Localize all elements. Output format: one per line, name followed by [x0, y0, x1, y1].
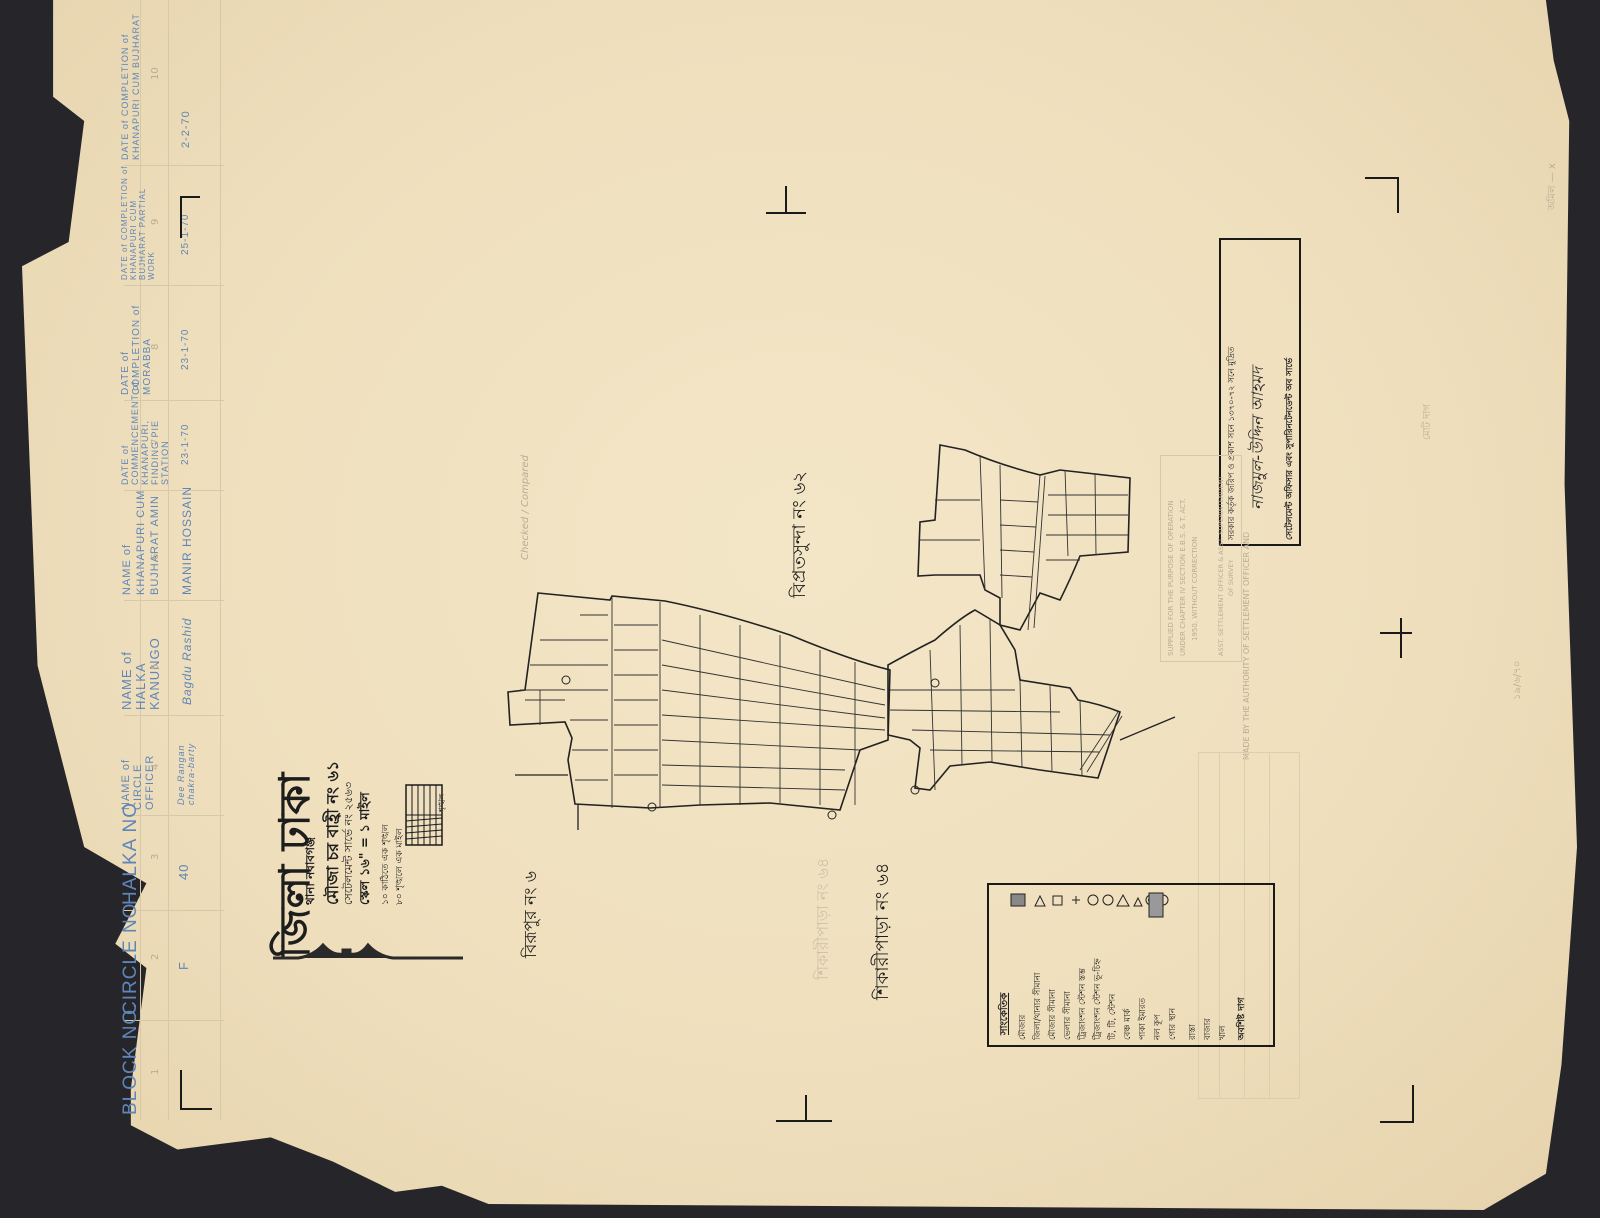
- pencil-note-1: অমিল — x: [1545, 163, 1562, 210]
- legend-item: টি, টি, স্টেশন: [1106, 994, 1120, 1040]
- stamp-footer: MADE BY THE AUTHORITY OF SETTLEMENT OFFI…: [1242, 532, 1251, 760]
- legend-item: অবশিষ্ট দাগ: [1234, 998, 1249, 1040]
- certification-signature: নাজমুল-উদ্দিন আহমদ: [1245, 367, 1272, 510]
- certification-line-2: সেটেলমেন্ট অফিসার এবং সুপারিনটেনডেন্ট অব…: [1283, 358, 1297, 540]
- pencil-note-checked: Checked / Compared: [520, 455, 531, 560]
- stamp-line-2: UNDER CHAPTER IV SECTION E.B.S. & T. ACT…: [1179, 498, 1187, 656]
- legend-item: বাজার: [1201, 1018, 1215, 1040]
- cadastral-parcels: [0, 0, 1600, 1218]
- legend-box: সাংকেতিক মৌজার জিলা/থানার সীমানা মৌজার স…: [987, 883, 1275, 1047]
- legend-item: রাস্তা: [1186, 1024, 1200, 1040]
- legend-item: ভেলার সীমানা: [1061, 991, 1075, 1040]
- legend-item: ট্রিজাংশন স্টেশন স্তম্ভ: [1076, 968, 1090, 1040]
- faint-stamp: SUPPLIED FOR THE PURPOSE OF OPERATION UN…: [1160, 455, 1242, 662]
- legend-item: খাল: [1216, 1026, 1230, 1040]
- adjacent-mouza-ghost: শিকারীপাড়া নং ৬৪: [810, 858, 837, 980]
- legend-symbols: [1009, 891, 1169, 911]
- stamp-line-3: 1950, WITHOUT CORRECTION: [1191, 537, 1199, 641]
- legend-item: বেঞ্চ মার্ক: [1121, 1009, 1135, 1040]
- legend-item: জিলা/থানার সীমানা: [1031, 973, 1045, 1040]
- legend-graveyard-symbol: [1147, 891, 1167, 921]
- stamp-line-4: ASST. SETTLEMENT OFFICER & ASST. SUPERIN…: [1217, 476, 1225, 656]
- stamp-line-5: OF SURVEY: [1227, 560, 1235, 597]
- pencil-note-2: মোট দাগ: [1420, 404, 1437, 440]
- adjacent-mouza-south: শিকারীপাড়া নং ৬৪: [868, 863, 899, 1001]
- legend-title: সাংকেতিক: [997, 993, 1014, 1035]
- legend-item: পাকা ইমারত: [1136, 998, 1150, 1040]
- adjacent-mouza-west: বিরূপুর নং ৬: [518, 871, 546, 958]
- legend-item: গোর স্থান: [1166, 1008, 1180, 1040]
- legend-item: মৌজার সীমানা: [1046, 989, 1060, 1040]
- stamp-line-1: SUPPLIED FOR THE PURPOSE OF OPERATION: [1167, 500, 1175, 656]
- legend-item: নল কূপ: [1151, 1014, 1165, 1040]
- legend-item: মৌজার: [1016, 1015, 1030, 1040]
- legend-item: ট্রিজাংশন স্টেশন ভূ-চিহ্ন: [1091, 958, 1105, 1040]
- adjacent-mouza-north: বিপ্রতসুন্দা নং ৬২: [785, 471, 816, 598]
- pencil-note-3: ১৯/৬/৭০: [1510, 661, 1527, 700]
